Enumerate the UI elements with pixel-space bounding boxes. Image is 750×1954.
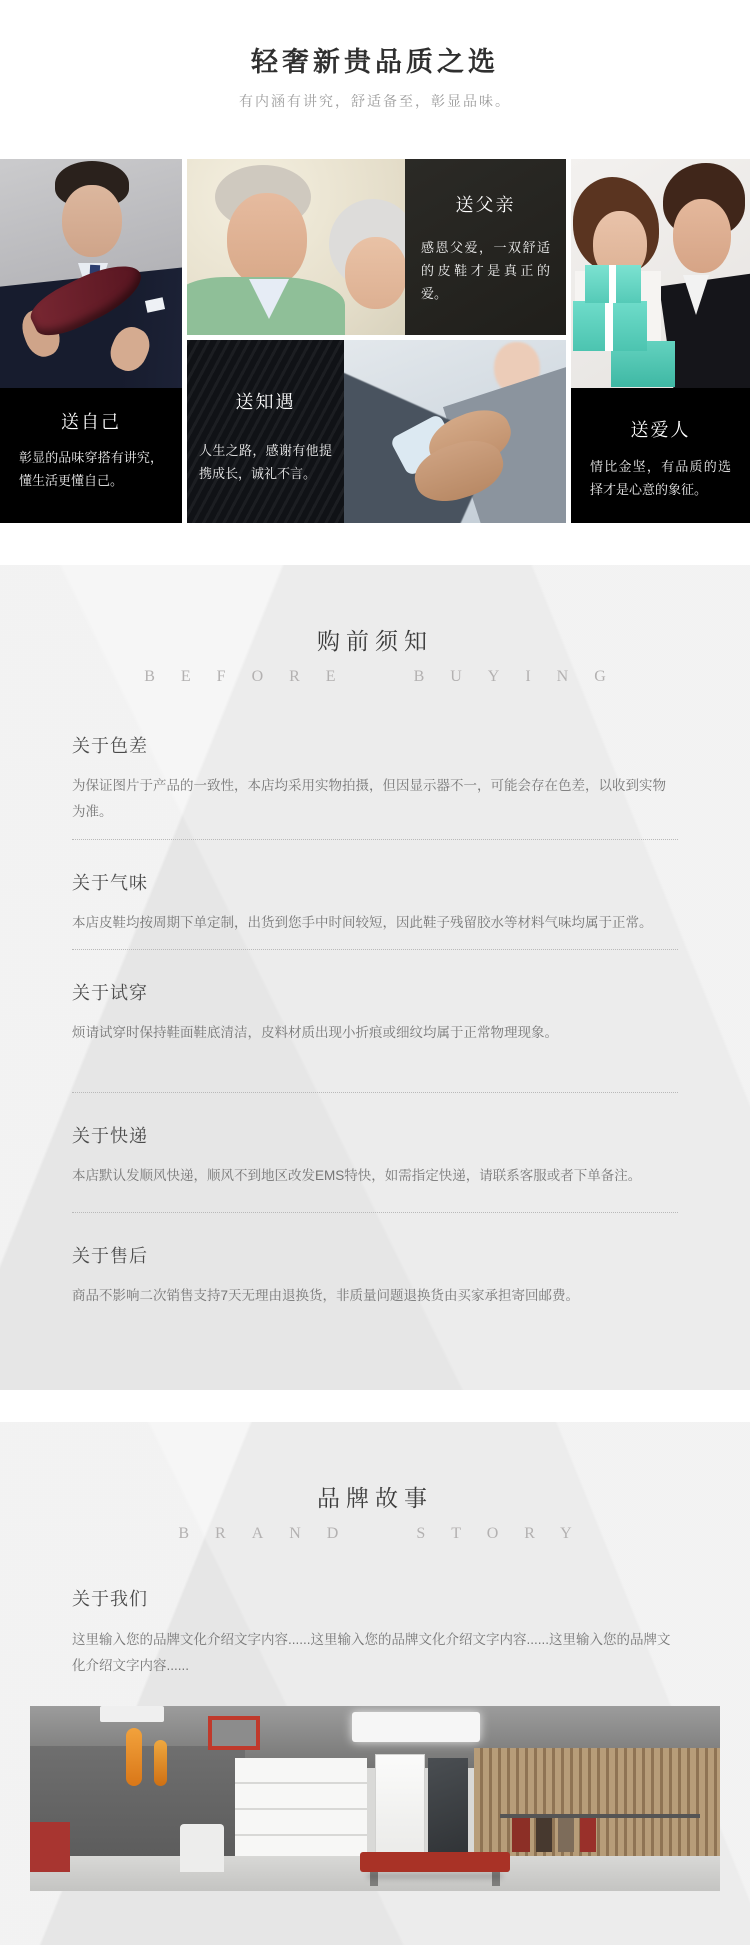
brand-story-subtitle-en: BRAND STORY	[72, 1525, 678, 1543]
red-garment-rack-shape	[30, 1822, 70, 1872]
faq-heading: 关于试穿	[72, 979, 678, 1005]
face-shape	[227, 193, 307, 287]
lover-gift-photo	[571, 159, 750, 388]
shelving-unit-shape	[235, 1758, 367, 1870]
faq-heading: 关于气味	[72, 869, 678, 895]
orange-pendant-lamp-shape	[126, 1728, 142, 1786]
hanging-garment-shape	[512, 1818, 530, 1852]
caption-lover: 送爱人 情比金坚，有品质的选择才是心意的象征。	[571, 388, 750, 523]
hanging-garment-shape	[580, 1818, 596, 1852]
caption-father-text: 感恩父爱，一双舒适的皮鞋才是真正的爱。	[405, 237, 566, 305]
caption-mentor: 送知遇 人生之路，感谢有他提携成长，诚礼不言。	[187, 340, 344, 523]
store-interior-photo	[30, 1706, 720, 1891]
dotted-divider	[72, 949, 678, 950]
face-shape	[345, 237, 405, 309]
bench-leg-shape	[492, 1872, 500, 1886]
hanging-garment-shape	[558, 1818, 574, 1852]
dotted-divider	[72, 1212, 678, 1213]
faq-heading: 关于快递	[72, 1122, 678, 1148]
mentor-gift-photo	[344, 340, 566, 523]
about-us-heading: 关于我们	[72, 1585, 678, 1611]
caption-lover-text: 情比金坚，有品质的选择才是心意的象征。	[571, 456, 750, 502]
faq-body: 商品不影响二次销售支持7天无理由退换货，非质量问题退换货由买家承担寄回邮费。	[72, 1283, 678, 1309]
red-ceiling-frame-shape	[208, 1716, 260, 1750]
brand-story-title: 品牌故事	[72, 1422, 678, 1513]
ceiling-light-shape	[100, 1706, 164, 1722]
caption-father-title: 送父亲	[405, 159, 566, 217]
before-buying-section: 购前须知 BEFORE BUYING 关于色差 为保证图片于产品的一致性，本店均…	[0, 565, 750, 1390]
hanging-garment-shape	[536, 1818, 552, 1852]
dotted-divider	[72, 839, 678, 840]
before-buying-title: 购前须知	[72, 565, 678, 656]
father-gift-photo	[187, 159, 405, 335]
wood-slat-wall-shape	[474, 1748, 720, 1860]
dotted-divider	[72, 1092, 678, 1093]
face-shape	[673, 199, 731, 273]
self-gift-photo	[0, 159, 182, 388]
faq-body: 本店皮鞋均按周期下单定制，出货到您手中时间较短，因此鞋子残留胶水等材料气味均属于…	[72, 910, 678, 936]
caption-father: 送父亲 感恩父爱，一双舒适的皮鞋才是真正的爱。	[405, 159, 566, 335]
mirror-shape	[428, 1758, 468, 1864]
faq-body: 为保证图片于产品的一致性，本店均采用实物拍摄，但因显示器不一，可能会存在色差，以…	[72, 773, 678, 826]
faq-body: 烦请试穿时保持鞋面鞋底清洁，皮料材质出现小折痕或细纹均属于正常物理现象。	[72, 1020, 678, 1046]
caption-lover-title: 送爱人	[571, 388, 750, 442]
gift-box-shape	[573, 301, 647, 351]
caption-self-title: 送自己	[0, 388, 182, 434]
faq-body: 本店默认发顺风快递，顺风不到地区改发EMS特快，如需指定快递，请联系客服或者下单…	[72, 1163, 678, 1189]
orange-pendant-lamp-shape	[154, 1740, 167, 1786]
faq-heading: 关于色差	[72, 732, 678, 758]
before-buying-subtitle-en: BEFORE BUYING	[72, 668, 678, 686]
hero-section: 轻奢新贵品质之选 有内涵有讲究，舒适备至，彰显品味。	[0, 0, 750, 159]
caption-mentor-text: 人生之路，感谢有他提携成长，诚礼不言。	[187, 440, 344, 486]
red-bench-shape	[360, 1852, 510, 1872]
caption-mentor-title: 送知遇	[187, 340, 344, 414]
gift-box-shape	[585, 265, 641, 303]
ceiling-light-shape	[352, 1712, 480, 1742]
bench-leg-shape	[370, 1872, 378, 1886]
caption-self: 送自己 彰显的品味穿搭有讲究，懂生活更懂自己。	[0, 388, 182, 523]
page-title: 轻奢新贵品质之选	[0, 0, 750, 79]
brand-story-section: 品牌故事 BRAND STORY 关于我们 这里输入您的品牌文化介绍文字内容..…	[0, 1422, 750, 1945]
display-pedestal-shape	[180, 1824, 224, 1872]
caption-self-text: 彰显的品味穿搭有讲究，懂生活更懂自己。	[0, 447, 182, 493]
face-shape	[62, 185, 122, 257]
about-us-body: 这里输入您的品牌文化介绍文字内容......这里输入您的品牌文化介绍文字内容..…	[72, 1627, 678, 1680]
faq-heading: 关于售后	[72, 1242, 678, 1268]
page-subtitle: 有内涵有讲究，舒适备至，彰显品味。	[0, 91, 750, 111]
gift-collage: 送自己 彰显的品味穿搭有讲究，懂生活更懂自己。 送父亲 感恩父爱，一双舒适的皮鞋…	[0, 159, 750, 523]
clothes-rack-shape	[500, 1814, 700, 1818]
